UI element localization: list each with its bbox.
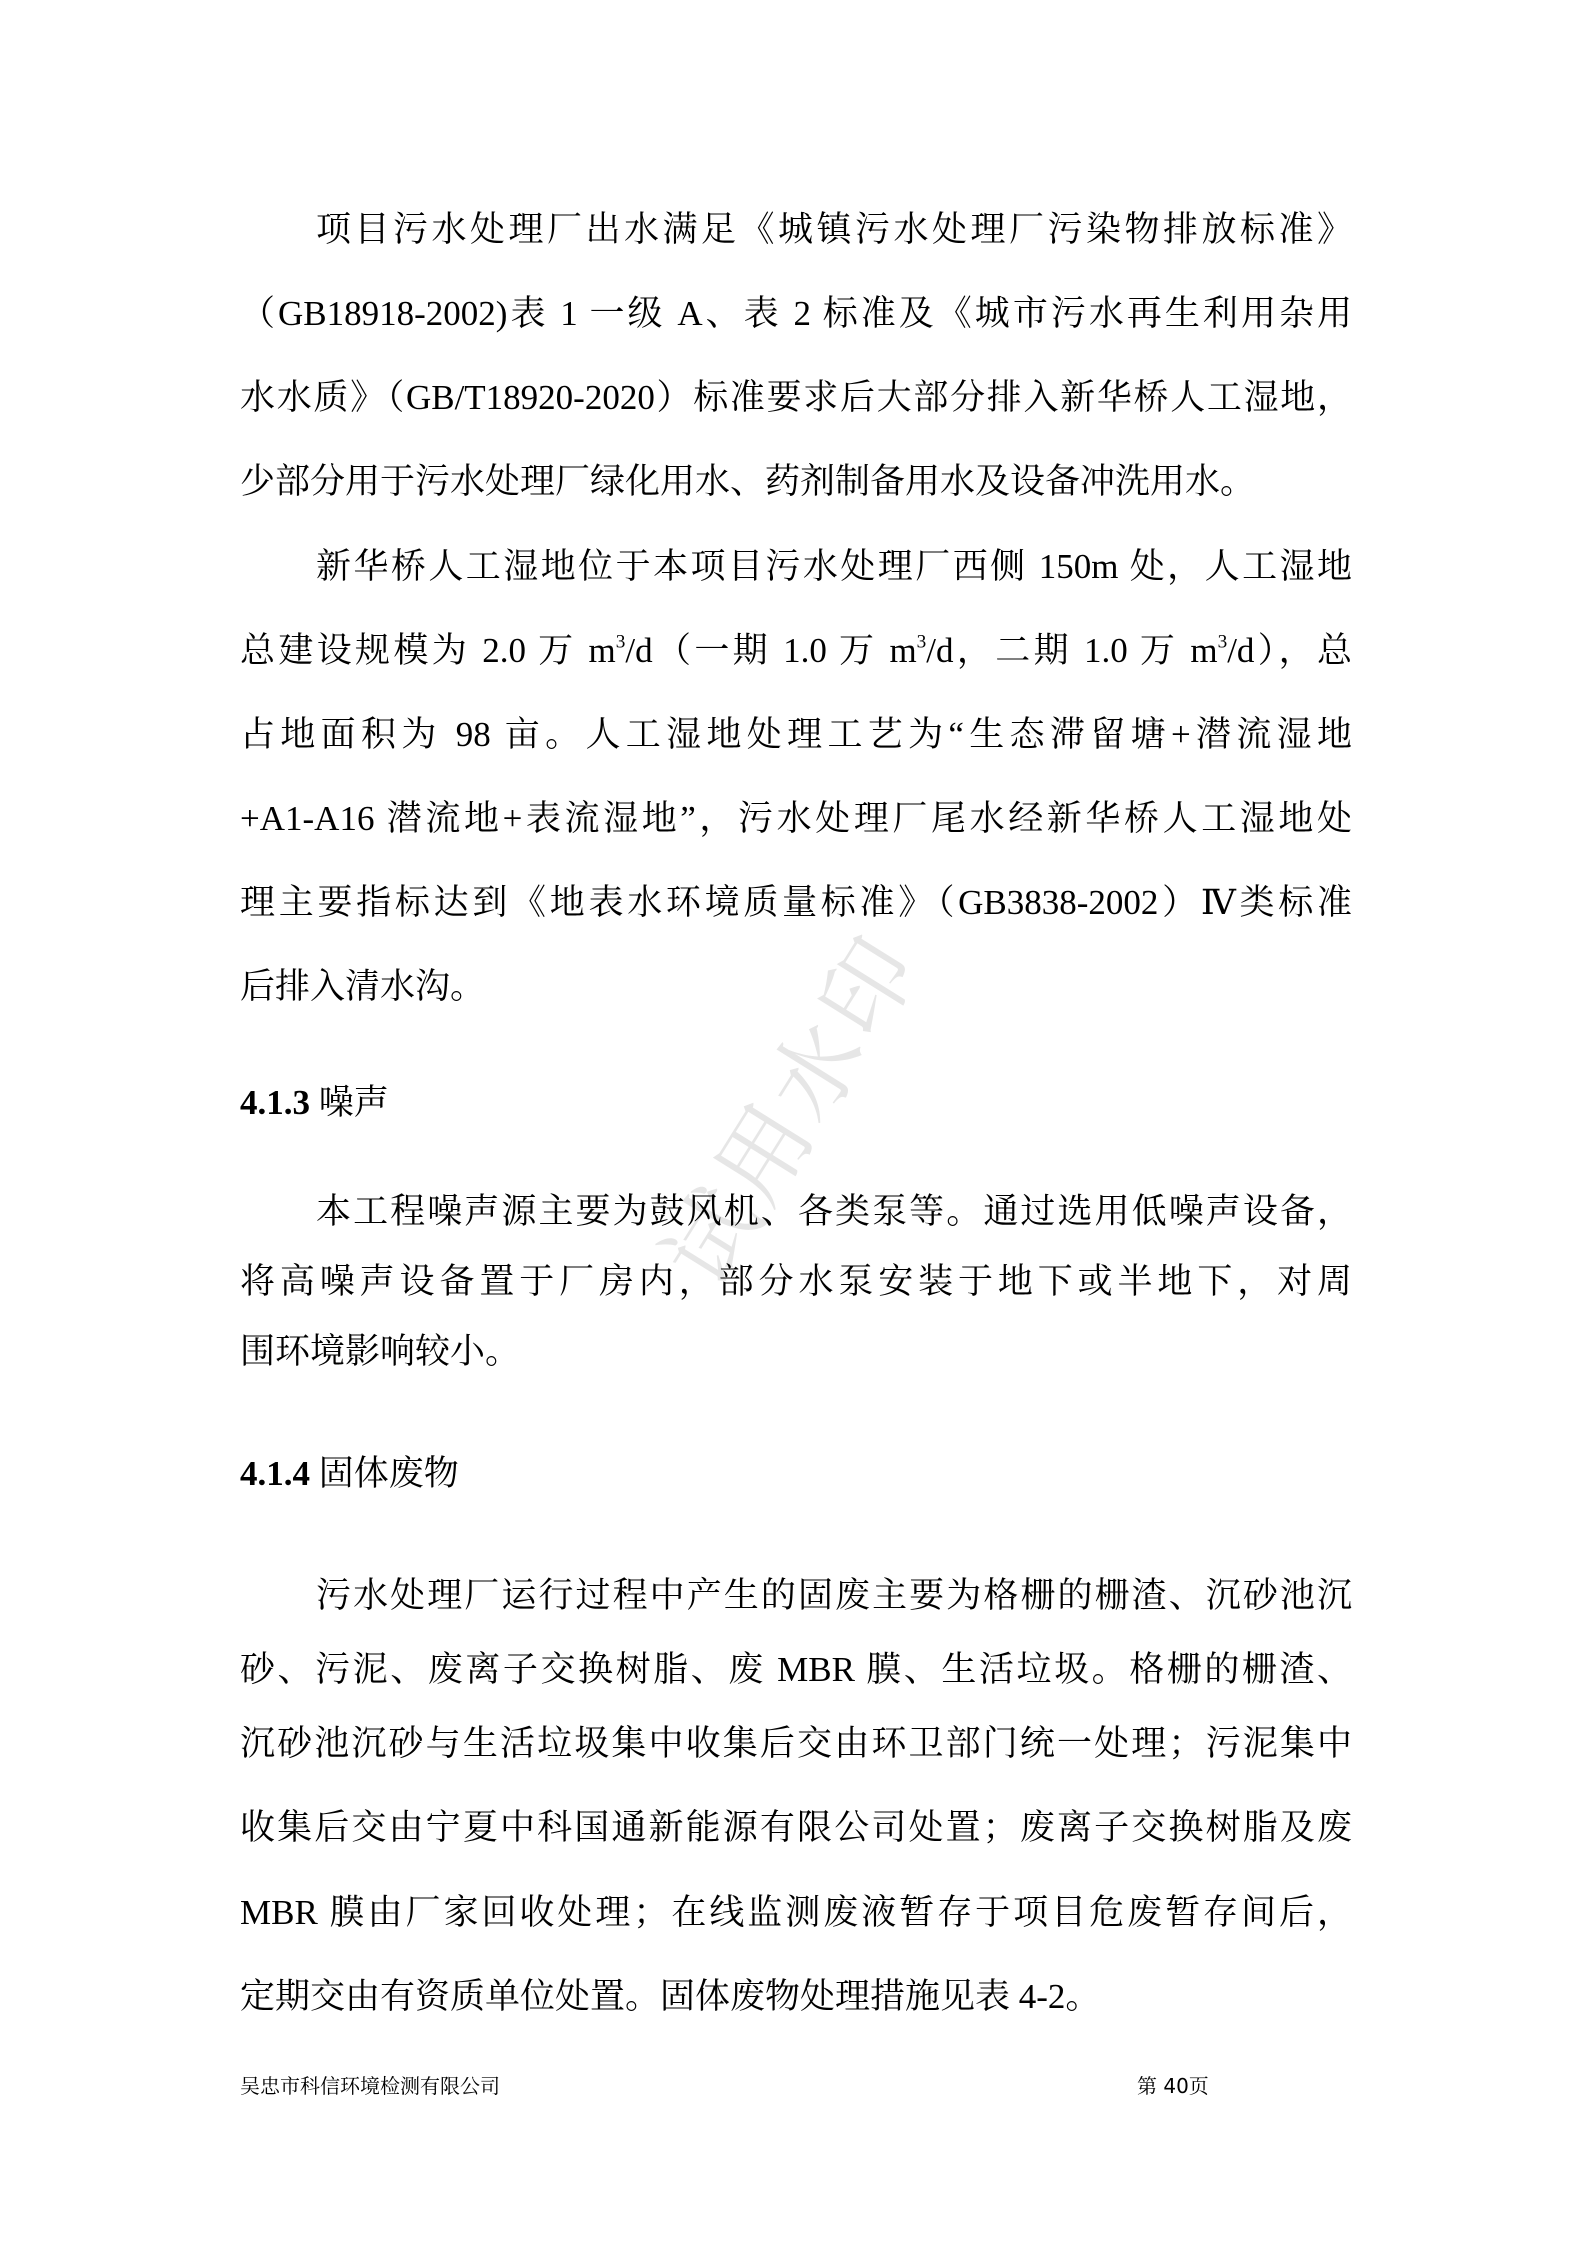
superscript: 3 bbox=[917, 632, 927, 653]
text-line: 沉砂池沉砂与生活垃圾集中收集后交由环卫部门统一处理；污泥集中 bbox=[240, 1724, 1352, 1764]
footer-page-number: 第 40页 bbox=[1137, 2074, 1209, 2098]
footer-company: 吴忠市科信环境检测有限公司 bbox=[240, 2074, 500, 2098]
section-heading-solid-waste: 4.1.4 固体废物 bbox=[240, 1454, 459, 1494]
section-number: 4.1.3 bbox=[240, 1083, 310, 1122]
text-line: 项目污水处理厂出水满足《城镇污水处理厂污染物排放标准》 bbox=[316, 210, 1352, 250]
text-line: 理主要指标达到《地表水环境质量标准》（GB3838-2002）Ⅳ类标准 bbox=[240, 883, 1352, 923]
text-line: 本工程噪声源主要为鼓风机、各类泵等。通过选用低噪声设备， bbox=[316, 1192, 1352, 1232]
superscript: 3 bbox=[1218, 632, 1228, 653]
section-number: 4.1.4 bbox=[240, 1454, 310, 1493]
text-line: 水水质》（GB/T18920-2020）标准要求后大部分排入新华桥人工湿地， bbox=[240, 378, 1352, 418]
text-line-with-superscripts: 总建设规模为 2.0 万 m3/d（一期 1.0 万 m3/d，二期 1.0 万… bbox=[240, 631, 1352, 671]
text-line: 定期交由有资质单位处置。固体废物处理措施见表 4-2。 bbox=[240, 1977, 1352, 2017]
text-segment: 总建设规模为 2.0 万 m bbox=[240, 631, 616, 670]
text-segment: /d，二期 1.0 万 m bbox=[926, 631, 1217, 670]
text-line: 占地面积为 98 亩。人工湿地处理工艺为“生态滞留塘+潜流湿地 bbox=[240, 715, 1352, 755]
section-title: 固体废物 bbox=[319, 1454, 459, 1493]
text-line: +A1-A16 潜流地+表流湿地”，污水处理厂尾水经新华桥人工湿地处 bbox=[240, 799, 1352, 839]
text-line: 砂、污泥、废离子交换树脂、废 MBR 膜、生活垃圾。格栅的栅渣、 bbox=[240, 1650, 1352, 1690]
text-line: 后排入清水沟。 bbox=[240, 967, 1352, 1007]
text-line: 污水处理厂运行过程中产生的固废主要为格栅的栅渣、沉砂池沉 bbox=[316, 1576, 1352, 1616]
watermark: 试用水印 bbox=[626, 905, 946, 1307]
text-line: 少部分用于污水处理厂绿化用水、药剂制备用水及设备冲洗用水。 bbox=[240, 462, 1352, 502]
superscript: 3 bbox=[616, 632, 626, 653]
text-line: 新华桥人工湿地位于本项目污水处理厂西侧 150m 处，人工湿地 bbox=[316, 547, 1352, 587]
text-line: 将高噪声设备置于厂房内，部分水泵安装于地下或半地下，对周 bbox=[240, 1262, 1352, 1302]
text-line: （GB18918-2002)表 1 一级 A、表 2 标准及《城市污水再生利用杂… bbox=[240, 294, 1352, 334]
document-page: 试用水印 项目污水处理厂出水满足《城镇污水处理厂污染物排放标准》 （GB1891… bbox=[0, 0, 1587, 2245]
text-segment: /d），总 bbox=[1227, 631, 1352, 670]
text-line: 围环境影响较小。 bbox=[240, 1332, 1352, 1372]
text-line: 收集后交由宁夏中科国通新能源有限公司处置；废离子交换树脂及废 bbox=[240, 1808, 1352, 1848]
text-line: MBR 膜由厂家回收处理；在线监测废液暂存于项目危废暂存间后， bbox=[240, 1893, 1352, 1933]
text-segment: /d（一期 1.0 万 m bbox=[625, 631, 916, 670]
section-heading-noise: 4.1.3 噪声 bbox=[240, 1083, 389, 1123]
section-title: 噪声 bbox=[319, 1083, 389, 1122]
